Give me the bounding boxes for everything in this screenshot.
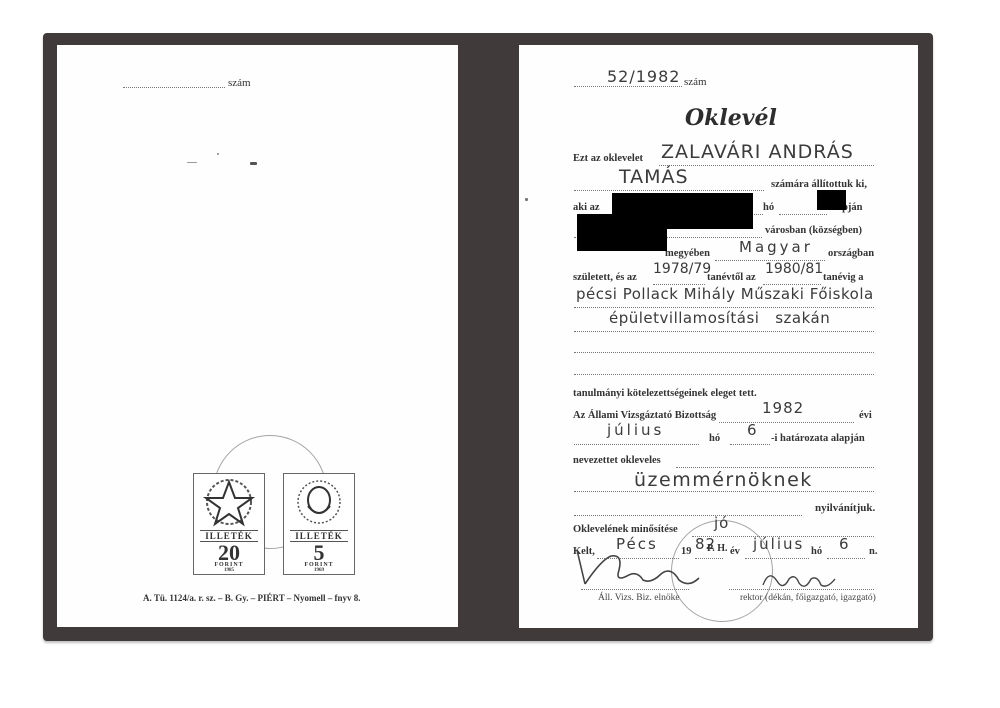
redaction-city [577,214,617,228]
issued-month-label: hó [811,546,822,557]
declare-label: nyilvánítjuk. [815,502,875,514]
signature-line-right [729,589,874,590]
left-page: szám ILLETÉK 20 FORINT 1985 ILLETÉK 5 FO… [57,45,458,627]
school-name: pécsi Pollack Mihály Műszaki Főiskola [576,285,874,303]
printer-note: A. Tü. 1124/a. r. sz. – B. Gy. – PIÉRT –… [143,593,361,603]
committee-label: Az Állami Vizsgáztató Bizottság [573,410,716,421]
diploma-number: 52/1982 [607,67,680,86]
recipient-name-line1: ZALAVÁRI ANDRÁS [661,141,854,163]
issued-prefix: Ezt az oklevelet [573,153,643,164]
year-from: 1978/79 [653,261,711,277]
dotted-line [574,190,764,191]
department-name: épületvillamosítási szakán [609,309,830,327]
signature-left-label: Áll. Vizs. Biz. elnöke [598,593,680,603]
recipient-name-line2: TAMÁS [619,166,689,188]
speck [187,162,197,163]
country-value: Magyar [739,238,813,256]
signature-chairman [571,540,731,590]
month-label: hó [763,202,774,213]
right-page: 52/1982 szám Oklevél Ezt az oklevelet ZA… [519,45,918,628]
decision-month: július [607,421,664,439]
year-label: évi [859,410,872,421]
obligations-text: tanulmányi kötelezettségeinek eleget tet… [573,388,757,399]
dotted-line [574,86,682,87]
speck [525,198,528,201]
star-emblem-icon [194,476,264,530]
dotted-line [574,307,874,308]
dotted-line [574,331,874,332]
number-label: szám [684,76,707,88]
number-dotted-line [123,87,225,88]
decision-month-label: hó [709,433,720,444]
dotted-line [574,352,874,353]
signature-rector [759,565,839,595]
born-prefix: aki az [573,202,600,213]
dotted-line [730,444,770,445]
dotted-line [574,491,874,492]
speck [250,162,257,165]
decision-suffix: -i határozata alapján [771,433,865,444]
revenue-stamp-5: ILLETÉK 5 FORINT 1969 [283,473,355,575]
speck [217,153,219,155]
county-label: megyében [665,248,710,259]
revenue-stamp-20: ILLETÉK 20 FORINT 1985 [193,473,265,575]
year-to-label: tanévig a [823,272,864,283]
dotted-line [659,165,874,166]
dotted-line [574,515,802,516]
decision-day: 6 [747,421,758,439]
year-from-label: tanévtől az [707,272,756,283]
redaction-day [817,190,846,210]
issued-day: 6 [839,535,850,553]
redaction-county [577,227,667,251]
dotted-line [676,467,874,468]
redaction-birthplace [612,193,753,229]
dotted-line [574,374,874,375]
year-to: 1980/81 [765,261,823,277]
born-and-label: született, és az [573,272,637,283]
named-label: nevezettet okleveles [573,455,661,466]
country-label: országban [828,248,874,259]
dotted-line [574,444,699,445]
dotted-line [827,558,865,559]
dotted-line [719,422,854,423]
dotted-line [779,214,827,215]
grade-label: Oklevelének minősítése [573,524,678,535]
diploma-title: Oklevél [685,105,777,131]
issued-suffix: számára állítottuk ki, [771,179,867,190]
qualification: üzemmérnöknek [634,469,813,491]
city-label: városban (községben) [765,225,862,236]
signature-right-label: rektor (dékán, főigazgató, igazgató) [740,593,876,603]
committee-year: 1982 [762,399,804,417]
wreath-emblem-icon [284,476,354,530]
signature-line-left [581,589,689,590]
left-number-label: szám [228,77,251,89]
issued-day-label: n. [869,546,877,557]
